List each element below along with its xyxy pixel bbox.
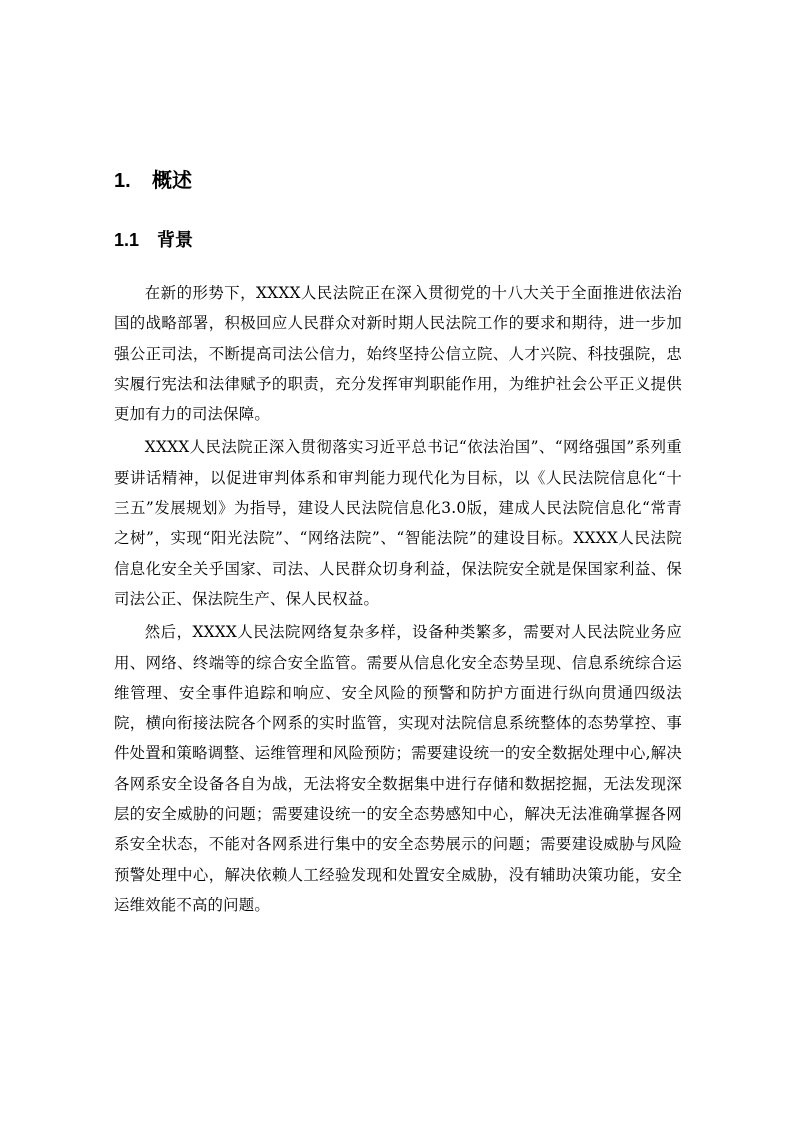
heading-title: 背景 (157, 230, 193, 250)
heading-number: 1.1 (114, 228, 157, 252)
paragraph-1: 在新的形势下，XXXX人民法院正在深入贯彻党的十八大关于全面推进依法治国的战略部… (114, 278, 682, 429)
document-body: 在新的形势下，XXXX人民法院正在深入贯彻党的十八大关于全面推进依法治国的战略部… (114, 278, 682, 923)
heading-level-1: 1.概述 (114, 168, 192, 194)
heading-title: 概述 (152, 170, 192, 192)
paragraph-3: 然后，XXXX人民法院网络复杂多样，设备种类繁多，需要对人民法院业务应用、网络、… (114, 617, 682, 920)
paragraph-2: XXXX人民法院正深入贯彻落实习近平总书记“依法治国”、“网络强国”系列重要讲话… (114, 432, 682, 614)
heading-number: 1. (114, 168, 152, 194)
heading-level-2: 1.1背景 (114, 228, 193, 252)
